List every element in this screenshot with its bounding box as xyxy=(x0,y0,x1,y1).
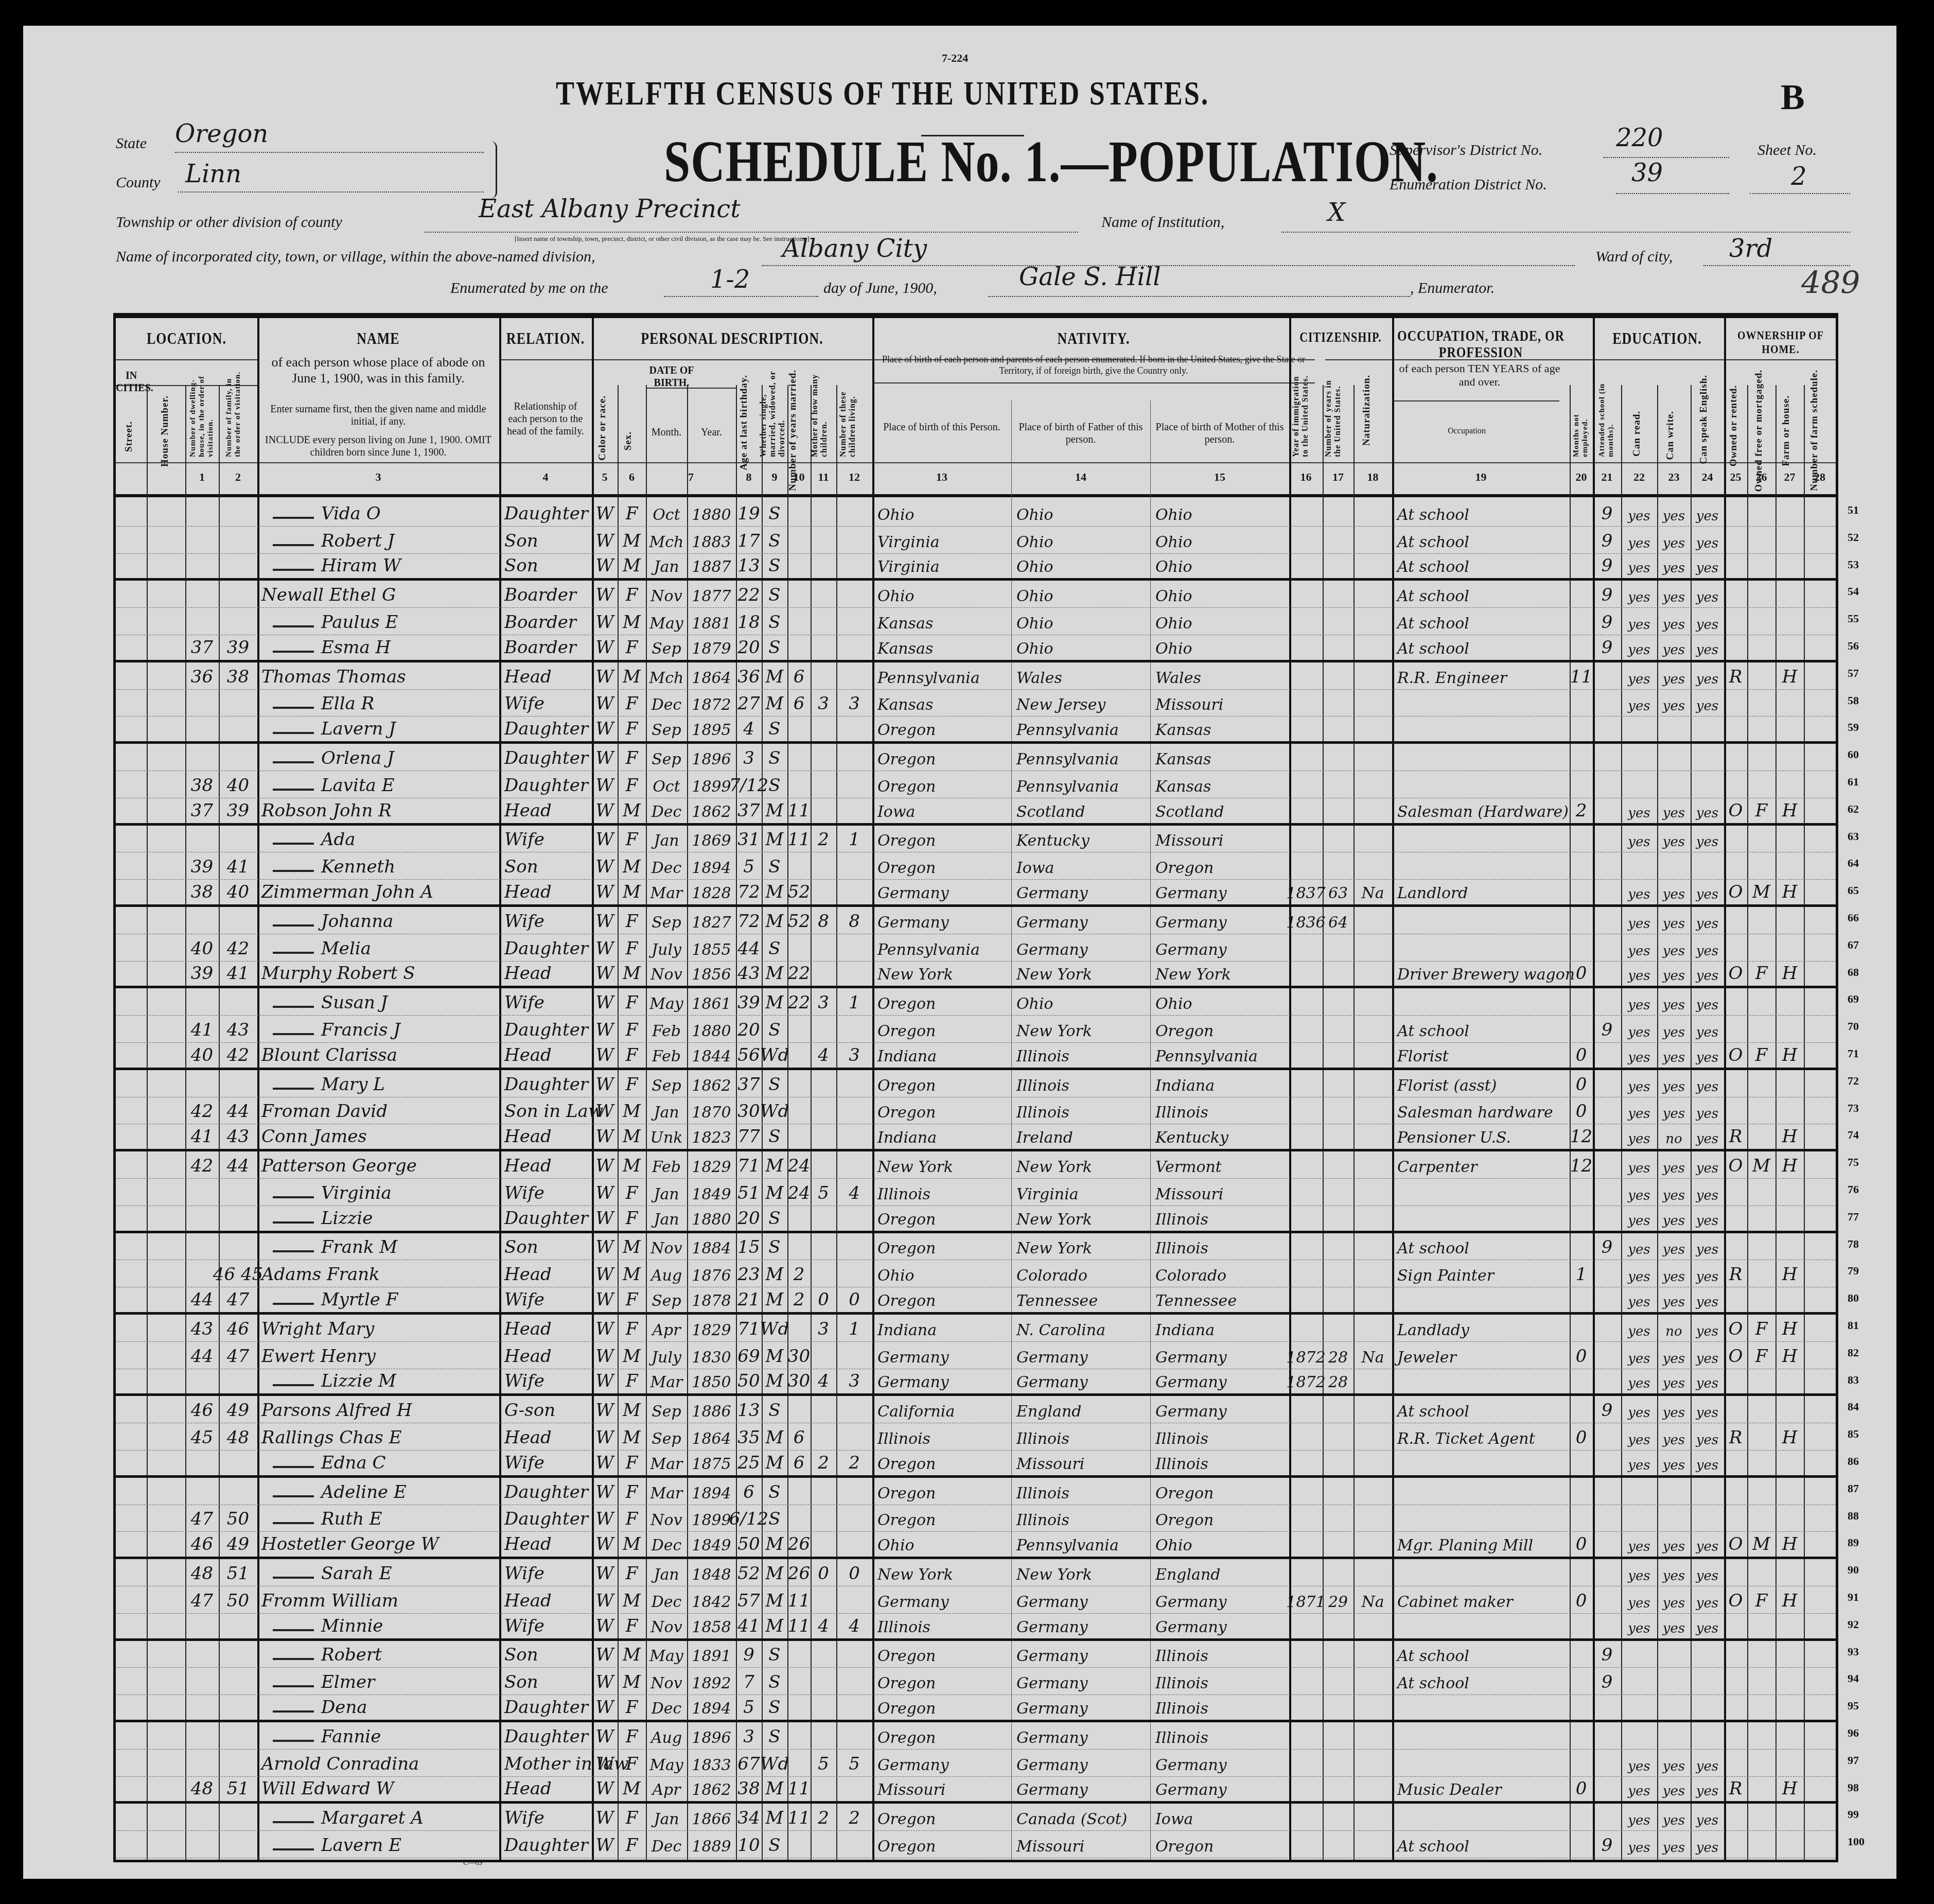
cell-cl xyxy=(836,527,872,553)
farm-house-header: Farm or house. xyxy=(1781,395,1792,466)
cell-bp: Oregon xyxy=(872,1695,1011,1720)
cell-rd: yes xyxy=(1621,907,1657,934)
person-name: Ruth E xyxy=(321,1509,382,1529)
cell-free: F xyxy=(1747,1315,1775,1341)
cell-mu xyxy=(1570,635,1593,660)
cell-rel: Wife xyxy=(499,1287,592,1312)
cell-yus xyxy=(1323,554,1353,579)
rule xyxy=(872,382,1315,383)
cell-ym xyxy=(787,554,811,579)
cell-bf: New York xyxy=(1011,1206,1150,1231)
cell-year: 1875 xyxy=(687,1451,736,1475)
cell-yus xyxy=(1323,1641,1353,1668)
cell-name: Sarah E xyxy=(257,1559,499,1586)
cell-color: W xyxy=(592,635,618,660)
cell-occ: At school xyxy=(1392,1016,1570,1042)
cell-nat xyxy=(1353,1478,1392,1505)
cell-sch xyxy=(1804,934,1836,961)
cell-age: 43 xyxy=(736,962,762,986)
cell-dw xyxy=(185,988,219,1015)
cell-bf: Pennsylvania xyxy=(1011,744,1150,771)
cell-cl xyxy=(836,1586,872,1613)
cell-sex: M xyxy=(618,1423,646,1450)
cell-imm xyxy=(1289,662,1323,689)
cell-mu xyxy=(1570,1396,1593,1423)
cell-name: Virginia xyxy=(257,1179,499,1206)
cell-mar: S xyxy=(762,717,787,741)
cell-name: Edna C xyxy=(257,1451,499,1475)
cell-rel: Head xyxy=(499,798,592,823)
cell-nat xyxy=(1353,1206,1392,1231)
cell-ym: 26 xyxy=(787,1559,811,1586)
cell-rel: Daughter xyxy=(499,499,592,526)
cell-mc xyxy=(811,771,836,798)
cell-month: Sep xyxy=(646,1396,687,1423)
line-number: 85 xyxy=(1848,1427,1859,1441)
cell-sch xyxy=(1804,1722,1836,1749)
ditto-dash xyxy=(273,1466,314,1468)
cell-free xyxy=(1747,1260,1775,1287)
cell-color: W xyxy=(592,880,618,904)
cell-bm: Ohio xyxy=(1150,988,1289,1015)
cell-free: M xyxy=(1747,880,1775,904)
cell-nat xyxy=(1353,1396,1392,1423)
cell-occ xyxy=(1392,1369,1570,1394)
cell-sch xyxy=(1804,880,1836,904)
cell-occ xyxy=(1392,934,1570,961)
cell-cl xyxy=(836,771,872,798)
cell-farm: H xyxy=(1775,962,1804,986)
cell-sex: F xyxy=(618,1315,646,1341)
cell-year: 1862 xyxy=(687,1777,736,1802)
cell-occ xyxy=(1392,907,1570,934)
cell-bf: Colorado xyxy=(1011,1260,1150,1287)
line-number: 61 xyxy=(1848,775,1859,789)
cell-bf: New Jersey xyxy=(1011,690,1150,717)
cell-fam: 50 xyxy=(219,1586,257,1613)
cell-name: Parsons Alfred H xyxy=(257,1396,499,1423)
table-row: 3840Zimmerman John AHeadWMMar182872M52Ge… xyxy=(116,880,1836,907)
cell-en: yes xyxy=(1691,1586,1724,1613)
cell-age: 51 xyxy=(736,1179,762,1206)
cell-sex: F xyxy=(618,1722,646,1749)
cell-rel: Wife xyxy=(499,1559,592,1586)
cell-year: 1849 xyxy=(687,1179,736,1206)
cell-occ xyxy=(1392,852,1570,879)
ditto-dash xyxy=(273,732,314,734)
cell-mar: M xyxy=(762,1369,787,1394)
cell-year: 1891 xyxy=(687,1641,736,1668)
cell-wr xyxy=(1657,1478,1691,1505)
cell-nat xyxy=(1353,1151,1392,1178)
cell-mu: 0 xyxy=(1570,1777,1593,1802)
cell-mar: M xyxy=(762,662,787,689)
cell-cl xyxy=(836,1668,872,1695)
cell-fam: 43 xyxy=(219,1016,257,1042)
cell-occ xyxy=(1392,1505,1570,1532)
cell-mar: M xyxy=(762,690,787,717)
cell-name: Paulus E xyxy=(257,608,499,635)
ditto-dash xyxy=(273,1821,314,1823)
cell-dw: 36 xyxy=(185,662,219,689)
cell-occ xyxy=(1392,1179,1570,1206)
cell-cl xyxy=(836,1342,872,1369)
cell-bf: Illinois xyxy=(1011,1043,1150,1068)
cell-month: Apr xyxy=(646,1315,687,1341)
cell-year: 1881 xyxy=(687,608,736,635)
cell-year: 1880 xyxy=(687,499,736,526)
cell-fam: 46 xyxy=(219,1315,257,1341)
census-title: TWELFTH CENSUS OF THE UNITED STATES. xyxy=(556,74,1209,112)
person-name: Lizzie xyxy=(321,1208,373,1229)
cell-rd: yes xyxy=(1621,1097,1657,1124)
cell-mu xyxy=(1570,1722,1593,1749)
cell-yus: 63 xyxy=(1323,880,1353,904)
cell-occ: At school xyxy=(1392,1233,1570,1260)
cell-wr: yes xyxy=(1657,988,1691,1015)
cell-color: W xyxy=(592,1586,618,1613)
cell-name: Will Edward W xyxy=(257,1777,499,1802)
cell-nat xyxy=(1353,717,1392,741)
name-header: NAME xyxy=(257,329,499,348)
cell-imm xyxy=(1289,1423,1323,1450)
cell-att xyxy=(1593,907,1621,934)
cell-sex: M xyxy=(618,527,646,553)
cell-sch xyxy=(1804,907,1836,934)
cell-rd: yes xyxy=(1621,1804,1657,1830)
cell-bf: Ohio xyxy=(1011,554,1150,579)
cell-bp: Illinois xyxy=(872,1423,1011,1450)
cell-free xyxy=(1747,826,1775,852)
cell-occ xyxy=(1392,1478,1570,1505)
cell-own: O xyxy=(1724,962,1747,986)
cell-yus xyxy=(1323,988,1353,1015)
cell-mar: S xyxy=(762,608,787,635)
cell-sch xyxy=(1804,1396,1836,1423)
cell-bf: Germany xyxy=(1011,880,1150,904)
cell-nat xyxy=(1353,1287,1392,1312)
cell-att xyxy=(1593,771,1621,798)
cell-yus xyxy=(1323,852,1353,879)
cell-farm: H xyxy=(1775,662,1804,689)
line-number: 53 xyxy=(1848,558,1859,571)
institution-label: Name of Institution, xyxy=(1101,214,1224,231)
line-number: 75 xyxy=(1848,1156,1859,1169)
line-number: 54 xyxy=(1848,585,1859,598)
cell-en: yes xyxy=(1691,907,1724,934)
cell-sex: F xyxy=(618,826,646,852)
cell-bf: Ohio xyxy=(1011,635,1150,660)
cell-imm xyxy=(1289,527,1323,553)
cell-yus xyxy=(1323,1831,1353,1858)
cell-occ: At school xyxy=(1392,635,1570,660)
column-number: 5 xyxy=(592,470,618,484)
cell-yus xyxy=(1323,662,1353,689)
cell-farm xyxy=(1775,852,1804,879)
cell-month: Nov xyxy=(646,581,687,607)
cell-sch xyxy=(1804,1206,1836,1231)
cell-cl xyxy=(836,1695,872,1720)
column-number: 24 xyxy=(1691,470,1724,484)
cell-occ xyxy=(1392,744,1570,771)
cell-ym xyxy=(787,1070,811,1097)
cell-rel: Wife xyxy=(499,988,592,1015)
cell-own xyxy=(1724,1451,1747,1475)
person-name: Hostetler George W xyxy=(261,1534,439,1554)
cell-mar: M xyxy=(762,1777,787,1802)
cell-bp: Ohio xyxy=(872,581,1011,607)
cell-nat xyxy=(1353,826,1392,852)
cell-color: W xyxy=(592,962,618,986)
cell-bf: Kentucky xyxy=(1011,826,1150,852)
cell-wr xyxy=(1657,1505,1691,1532)
cell-month: Jan xyxy=(646,1179,687,1206)
cell-mar: S xyxy=(762,1668,787,1695)
cell-sex: F xyxy=(618,581,646,607)
cell-occ: Carpenter xyxy=(1392,1151,1570,1178)
cell-ym xyxy=(787,1641,811,1668)
person-name: Wright Mary xyxy=(261,1319,374,1339)
cell-yus xyxy=(1323,1233,1353,1260)
cell-bp: Germany xyxy=(872,1369,1011,1394)
cell-rel: Head xyxy=(499,962,592,986)
cell-rd: yes xyxy=(1621,934,1657,961)
cell-color: W xyxy=(592,1614,618,1638)
cell-month: Sep xyxy=(646,1423,687,1450)
cell-fam xyxy=(219,499,257,526)
cell-mc: 8 xyxy=(811,907,836,934)
cell-mc xyxy=(811,1151,836,1178)
cell-age: 57 xyxy=(736,1586,762,1613)
cell-own: O xyxy=(1724,1342,1747,1369)
cell-bm: England xyxy=(1150,1559,1289,1586)
cell-bm: Kansas xyxy=(1150,717,1289,741)
cell-color: W xyxy=(592,1668,618,1695)
cell-own xyxy=(1724,1070,1747,1097)
cell-farm xyxy=(1775,1451,1804,1475)
cell-age: 7 xyxy=(736,1668,762,1695)
cell-mar: M xyxy=(762,988,787,1015)
cell-bm: Illinois xyxy=(1150,1695,1289,1720)
cell-mar: M xyxy=(762,1423,787,1450)
cell-nat xyxy=(1353,1097,1392,1124)
cell-wr: yes xyxy=(1657,1179,1691,1206)
cell-yus xyxy=(1323,771,1353,798)
cell-own xyxy=(1724,1668,1747,1695)
cell-bm: Germany xyxy=(1150,1586,1289,1613)
institution-value: X xyxy=(1328,198,1345,227)
cell-wr: yes xyxy=(1657,907,1691,934)
cell-rel: Son xyxy=(499,527,592,553)
line-number: 93 xyxy=(1848,1645,1859,1658)
cell-color: W xyxy=(592,527,618,553)
cell-farm: H xyxy=(1775,1043,1804,1068)
education-header: EDUCATION. xyxy=(1593,329,1721,348)
cell-color: W xyxy=(592,1695,618,1720)
line-number: 95 xyxy=(1848,1699,1859,1713)
cell-month: Jan xyxy=(646,554,687,579)
cell-color: W xyxy=(592,1532,618,1557)
cell-bf: New York xyxy=(1011,1559,1150,1586)
cell-ym: 11 xyxy=(787,798,811,823)
cell-age: 35 xyxy=(736,1423,762,1450)
cell-bf: Illinois xyxy=(1011,1423,1150,1450)
cell-mu xyxy=(1570,1369,1593,1394)
cell-farm: H xyxy=(1775,1586,1804,1613)
cell-bm: Ohio xyxy=(1150,1532,1289,1557)
cell-bm: Illinois xyxy=(1150,1233,1289,1260)
birth-father-header: Place of birth of Father of this person. xyxy=(1016,421,1145,446)
cell-att: 9 xyxy=(1593,1396,1621,1423)
person-name: Adeline E xyxy=(321,1482,407,1503)
cell-bf: Germany xyxy=(1011,1695,1150,1720)
cell-bm: Germany xyxy=(1150,1369,1289,1394)
cell-yus xyxy=(1323,934,1353,961)
cell-yus xyxy=(1323,1396,1353,1423)
cell-age: 21 xyxy=(736,1287,762,1312)
cell-color: W xyxy=(592,1396,618,1423)
cell-dw xyxy=(185,1451,219,1475)
table-row: Edna CWifeWFMar187525M622OregonMissouriI… xyxy=(116,1451,1836,1478)
cell-sch xyxy=(1804,1559,1836,1586)
cell-imm xyxy=(1289,962,1323,986)
cell-mu xyxy=(1570,1287,1593,1312)
cell-mu xyxy=(1570,1179,1593,1206)
cell-att xyxy=(1593,1315,1621,1341)
cell-mar: S xyxy=(762,934,787,961)
cell-farm xyxy=(1775,1287,1804,1312)
cell-mar: M xyxy=(762,1586,787,1613)
cell-mc xyxy=(811,1478,836,1505)
cell-bm: Illinois xyxy=(1150,1097,1289,1124)
cell-bm: Illinois xyxy=(1150,1668,1289,1695)
cell-sex: F xyxy=(618,1369,646,1394)
cell-farm xyxy=(1775,934,1804,961)
cell-rd: yes xyxy=(1621,1423,1657,1450)
cell-en xyxy=(1691,1722,1724,1749)
cell-cl xyxy=(836,1396,872,1423)
cell-sex: F xyxy=(618,1831,646,1858)
cell-bf: Germany xyxy=(1011,1342,1150,1369)
cell-year: 1878 xyxy=(687,1287,736,1312)
cell-nat xyxy=(1353,852,1392,879)
table-row: MinnieWifeWFNov185841M1144IllinoisGerman… xyxy=(116,1614,1836,1641)
cell-rel: Wife xyxy=(499,826,592,852)
cell-sex: F xyxy=(618,1478,646,1505)
cell-rd: yes xyxy=(1621,1179,1657,1206)
table-row: 4649Hostetler George WHeadWMDec184950M26… xyxy=(116,1532,1836,1559)
cell-dw: 38 xyxy=(185,880,219,904)
cell-en xyxy=(1691,1478,1724,1505)
person-name: Lizzie M xyxy=(321,1371,396,1391)
year-header: Year. xyxy=(687,426,736,439)
cell-age: 50 xyxy=(736,1369,762,1394)
cell-month: Mch xyxy=(646,662,687,689)
cell-bp: Indiana xyxy=(872,1315,1011,1341)
table-row: Mary LDaughterWFSep186237SOregonIllinois… xyxy=(116,1070,1836,1097)
line-number: 59 xyxy=(1848,721,1859,734)
table-row: Arnold ConradinaMother in lawWFMay183367… xyxy=(116,1750,1836,1777)
in-cities-header: IN CITIES. xyxy=(116,370,147,394)
column-number: 20 xyxy=(1570,470,1593,484)
table-row: 3739Robson John RHeadWMDec186237M11IowaS… xyxy=(116,798,1836,826)
cell-wr xyxy=(1657,852,1691,879)
cell-en: yes xyxy=(1691,690,1724,717)
line-number: 98 xyxy=(1848,1781,1859,1794)
cell-sex: F xyxy=(618,1750,646,1776)
cell-year: 1828 xyxy=(687,880,736,904)
street-header: Street. xyxy=(124,421,135,452)
cell-mu: 0 xyxy=(1570,1586,1593,1613)
cell-rel: Daughter xyxy=(499,717,592,741)
cell-cl xyxy=(836,1777,872,1802)
cell-bf: Virginia xyxy=(1011,1179,1150,1206)
cell-sex: F xyxy=(618,1287,646,1312)
cell-bp: Pennsylvania xyxy=(872,662,1011,689)
cell-dw xyxy=(185,1070,219,1097)
cell-nat xyxy=(1353,1124,1392,1149)
cell-free: M xyxy=(1747,1532,1775,1557)
cell-year: 1830 xyxy=(687,1342,736,1369)
cell-age: 36 xyxy=(736,662,762,689)
cell-farm xyxy=(1775,1478,1804,1505)
cell-ym xyxy=(787,1315,811,1341)
cell-bf: Ohio xyxy=(1011,581,1150,607)
cell-occ: Landlady xyxy=(1392,1315,1570,1341)
cell-bp: Oregon xyxy=(872,1016,1011,1042)
cell-mu xyxy=(1570,826,1593,852)
cell-year: 1850 xyxy=(687,1369,736,1394)
cell-sch xyxy=(1804,1070,1836,1097)
cell-yus xyxy=(1323,1287,1353,1312)
cell-farm: H xyxy=(1775,1423,1804,1450)
cell-dw xyxy=(185,826,219,852)
cell-mar: S xyxy=(762,527,787,553)
cell-bp: New York xyxy=(872,1151,1011,1178)
line-number: 67 xyxy=(1848,938,1859,952)
cell-imm xyxy=(1289,1722,1323,1749)
cell-yus xyxy=(1323,635,1353,660)
cell-occ xyxy=(1392,1559,1570,1586)
cell-imm xyxy=(1289,1695,1323,1720)
cell-wr: yes xyxy=(1657,1396,1691,1423)
cell-farm xyxy=(1775,527,1804,553)
cell-rd: yes xyxy=(1621,1124,1657,1149)
cell-farm: H xyxy=(1775,1777,1804,1802)
cell-sch xyxy=(1804,581,1836,607)
cell-dw: 45 xyxy=(185,1423,219,1450)
cell-rel: Boarder xyxy=(499,635,592,660)
line-number: 64 xyxy=(1848,857,1859,870)
cell-own xyxy=(1724,717,1747,741)
table-row: 4143Francis JDaughterWFFeb188020SOregonN… xyxy=(116,1016,1836,1043)
owned-rented-header: Owned or rented. xyxy=(1728,385,1739,466)
cell-bm: Tennessee xyxy=(1150,1287,1289,1312)
nativity-header: NATIVITY. xyxy=(872,329,1315,348)
cell-free xyxy=(1747,988,1775,1015)
line-number: 94 xyxy=(1848,1672,1859,1685)
cell-dw xyxy=(185,1641,219,1668)
cell-en: yes xyxy=(1691,1750,1724,1776)
state-label: State xyxy=(116,135,147,152)
cell-mc xyxy=(811,1260,836,1287)
cell-fam: 47 xyxy=(219,1342,257,1369)
cell-rel: Daughter xyxy=(499,1206,592,1231)
cell-mc xyxy=(811,717,836,741)
cell-occ xyxy=(1392,1695,1570,1720)
cell-sch xyxy=(1804,1641,1836,1668)
cell-ym xyxy=(787,1233,811,1260)
